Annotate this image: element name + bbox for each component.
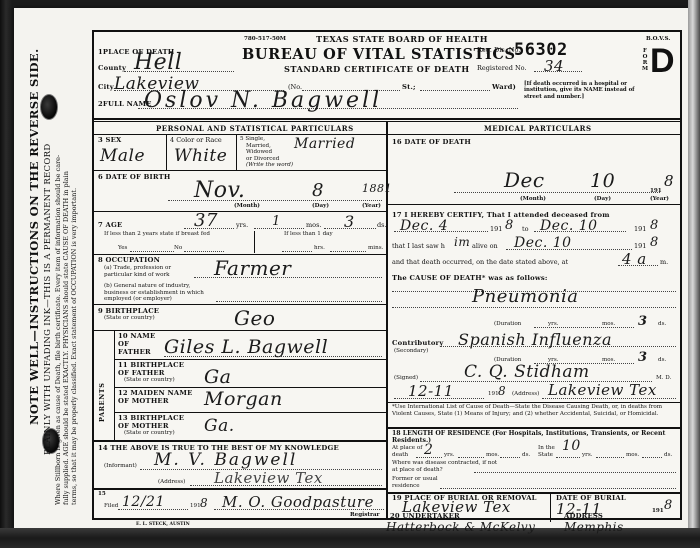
age-yrs-label: yrs.	[236, 221, 248, 229]
filed-label: Filed	[104, 503, 118, 510]
printer-imprint: E. L. STECK, AUSTIN	[136, 522, 190, 529]
occurred-label: and that death occurred, on the date sta…	[392, 258, 568, 266]
agency-name: TEXAS STATE BOARD OF HEALTH	[316, 34, 488, 44]
filed-year-suffix[interactable]: 8	[200, 496, 208, 510]
ward-label: Ward)	[492, 83, 516, 91]
dod-month[interactable]: Dec	[504, 168, 545, 192]
marital-value[interactable]: Married	[294, 136, 355, 152]
attended-from[interactable]: Dec. 4	[400, 218, 448, 234]
attended-from-year: 191	[490, 225, 502, 233]
mins-label: mins.	[368, 245, 383, 252]
informant-label: (Informant)	[104, 463, 137, 470]
page-title: BUREAU OF VITAL STATISTICS	[242, 46, 516, 63]
to-label: to	[522, 225, 529, 233]
attended-to-year: 191	[634, 225, 646, 233]
breast-fed-no: No	[174, 245, 182, 252]
father-birthplace-sub: (State or country)	[124, 377, 175, 384]
hospital-note: [If death occurred in a hospital or inst…	[524, 81, 644, 100]
last-saw-date[interactable]: Dec. 10	[514, 235, 572, 251]
birthplace-sub: (State or country)	[104, 315, 155, 322]
attended-to-year-suffix[interactable]: 8	[650, 218, 659, 233]
father-birthplace-value[interactable]: Ga	[204, 366, 232, 388]
registrar-value[interactable]: M. O. Goodpasture	[222, 493, 374, 511]
duration-1-mos: mos.	[602, 321, 615, 328]
duration-1-ds: ds.	[658, 321, 666, 328]
attended-from-year-suffix[interactable]: 8	[505, 218, 514, 233]
duration-1-days[interactable]: 3	[638, 314, 648, 329]
signed-date[interactable]: 12-11	[408, 382, 454, 400]
in-state-ds: ds.	[664, 452, 672, 459]
at-place-ds: ds.	[522, 452, 530, 459]
undertaker-address-label: ADDRESS	[564, 512, 603, 520]
dob-label: 6 DATE OF BIRTH	[98, 173, 171, 181]
signed-year-suffix[interactable]: 8	[498, 384, 506, 398]
father-name-label: 10 NAME OF FATHER	[118, 332, 158, 356]
signed-address-label: (Address)	[512, 391, 539, 398]
filed-number: 15	[98, 491, 106, 498]
margin-line-b: fully supplied. AGE should be stated EXA…	[62, 30, 70, 515]
sex-value[interactable]: Male	[100, 146, 145, 166]
burial-year-prefix: 191	[652, 508, 664, 515]
scanner-edge-right	[688, 0, 700, 548]
dob-day[interactable]: 8	[312, 180, 324, 201]
in-state-yrs: yrs.	[582, 452, 592, 459]
mother-birthplace-value[interactable]: Ga.	[204, 416, 235, 436]
cause-footnote: *Use International List of Cause of Deat…	[392, 404, 678, 417]
margin-note-well: NOTE WELL—INSTRUCTIONS ON THE REVERSE SI…	[26, 30, 42, 515]
death-certificate-form: 780-517-50M TEXAS STATE BOARD OF HEALTH …	[92, 30, 682, 520]
street-label: St.;	[402, 83, 416, 91]
last-saw-year: 191	[634, 242, 646, 250]
mother-maiden-label: 12 MAIDEN NAME OF MOTHER	[118, 389, 193, 405]
dob-year-caption: (Year)	[362, 203, 381, 210]
parents-label: PARENTS	[98, 383, 106, 423]
margin-instructions: NOTE WELL—INSTRUCTIONS ON THE REVERSE SI…	[22, 20, 88, 525]
dod-label: 16 DATE OF DEATH	[392, 138, 471, 146]
duration-2-mos: mos.	[602, 357, 615, 364]
m-label: m.	[660, 258, 668, 266]
md-label: M. D.	[656, 375, 671, 382]
informant-address-label: (Address)	[158, 479, 185, 486]
in-state-mos: mos.	[626, 452, 639, 459]
signed-address-value[interactable]: Lakeview Tex	[548, 381, 657, 399]
dod-year-prefix: 191	[650, 188, 662, 195]
dod-year-caption: (Year)	[650, 196, 669, 203]
occupation-label: 8 OCCUPATION	[98, 256, 160, 264]
registrar-label: Registrar	[350, 512, 380, 519]
duration-2-days[interactable]: 3	[638, 350, 648, 365]
breast-fed-yes: Yes	[118, 245, 127, 252]
duration-2-ds: ds.	[658, 357, 666, 364]
mother-birthplace-label: 13 BIRTHPLACE OF MOTHER	[118, 414, 188, 430]
county-label: County	[98, 64, 126, 72]
age-months[interactable]: 1	[272, 214, 281, 229]
last-saw-him[interactable]: im	[454, 235, 470, 249]
last-saw-label-b: alive on	[472, 242, 498, 250]
cause-label: The CAUSE OF DEATH* was as follows:	[392, 274, 548, 282]
residence-label: 18 LENGTH OF RESIDENCE (For Hospitals, I…	[392, 430, 678, 444]
form-code: 780-517-50M	[244, 36, 286, 43]
medical-section-title: MEDICAL PARTICULARS	[484, 124, 592, 133]
secondary-label: (Secondary)	[394, 348, 428, 355]
age-mos-label: mos.	[306, 221, 321, 229]
form-letter: D	[650, 44, 675, 78]
last-saw-label-a: that I last saw h	[392, 242, 445, 250]
filed-date[interactable]: 12/21	[122, 494, 165, 510]
hours-label: hrs.	[314, 245, 325, 252]
at-place-yrs: yrs.	[444, 452, 454, 459]
page-subtitle: STANDARD CERTIFICATE OF DEATH	[284, 64, 470, 74]
occurred-time[interactable]: 4 a	[622, 250, 647, 268]
duration-1-yrs: yrs.	[548, 321, 558, 328]
full-name-value[interactable]: Oslov N. Bagwell	[144, 88, 382, 113]
cause-value[interactable]: Pneumonia	[472, 286, 578, 307]
marital-label: 5 Single, Married, Widowed or Divorced (…	[240, 136, 293, 169]
mother-birthplace-sub: (State or country)	[124, 430, 175, 437]
breast-fed-label: If less than 2 years state if breast fed	[104, 231, 210, 238]
race-value[interactable]: White	[174, 146, 227, 166]
occupation-value[interactable]: Farmer	[214, 256, 291, 280]
at-place-mos: mos.	[486, 452, 499, 459]
signed-label: (Signed)	[394, 375, 418, 382]
form-vertical-label: FORM	[642, 48, 648, 72]
informant-address-value[interactable]: Lakeview Tex	[214, 469, 323, 487]
dob-month-caption: (Month)	[234, 203, 260, 210]
age-days[interactable]: 3	[344, 212, 355, 231]
registered-number: 34	[544, 57, 564, 75]
occupation-a-label: (a) Trade, profession or particular kind…	[104, 265, 194, 278]
last-saw-year-suffix[interactable]: 8	[650, 235, 659, 250]
age-label: 7 AGE	[98, 221, 122, 229]
contributory-value[interactable]: Spanish Influenza	[458, 330, 612, 349]
less-than-day-label: If less than 1 day	[284, 231, 333, 238]
age-ds-label: ds.	[377, 221, 387, 229]
registered-label: Registered No.	[477, 64, 527, 72]
dod-day-caption: (Day)	[594, 196, 611, 203]
margin-plainly: PLAINLY WITH UNFADING INK—THIS IS A PERM…	[42, 30, 54, 515]
burial-year-suffix[interactable]: 8	[664, 498, 673, 513]
undertaker-address-value[interactable]: Memphis	[564, 520, 624, 534]
attended-to[interactable]: Dec. 10	[540, 218, 598, 234]
dob-year[interactable]: 1881	[362, 182, 392, 195]
margin-line-a: Where Stillborn is given as cause of Dea…	[54, 30, 62, 515]
sex-label: 3 SEX	[98, 136, 121, 144]
father-name-value[interactable]: Giles L. Bagwell	[164, 336, 328, 358]
dod-month-caption: (Month)	[520, 196, 546, 203]
race-label: 4 Color or Race	[170, 136, 222, 144]
birthplace-value[interactable]: Geo	[234, 306, 275, 330]
dob-month[interactable]: Nov.	[194, 178, 245, 203]
contributory-label: Contributory	[392, 339, 444, 347]
dod-year-suffix[interactable]: 8	[664, 172, 674, 190]
birthplace-label: 9 BIRTHPLACE	[98, 307, 159, 315]
dob-day-caption: (Day)	[312, 203, 329, 210]
duration-label-1: (Duration	[494, 321, 521, 328]
age-years[interactable]: 37	[194, 210, 218, 231]
at-place-years[interactable]: 2	[424, 442, 433, 458]
mother-maiden-value[interactable]: Morgan	[204, 388, 283, 410]
margin-line-c: terms, so that it may be properly classi…	[70, 30, 78, 515]
signed-value[interactable]: C. Q. Stidham	[464, 362, 590, 382]
informant-value[interactable]: M. V. Bagwell	[154, 450, 297, 470]
undertaker-label: 20 UNDERTAKER	[390, 512, 460, 520]
city-label: City	[98, 83, 114, 91]
occupation-b-label: (b) General nature of industry, business…	[104, 283, 214, 303]
personal-section-title: PERSONAL AND STATISTICAL PARTICULARS	[156, 124, 354, 133]
father-birthplace-label: 11 BIRTHPLACE OF FATHER	[118, 361, 188, 377]
undertaker-value[interactable]: Hatterbock & McKelvy	[386, 520, 535, 534]
in-state-years[interactable]: 10	[562, 438, 581, 454]
dod-day[interactable]: 10	[590, 170, 615, 192]
county-value[interactable]: Hell	[134, 50, 182, 75]
